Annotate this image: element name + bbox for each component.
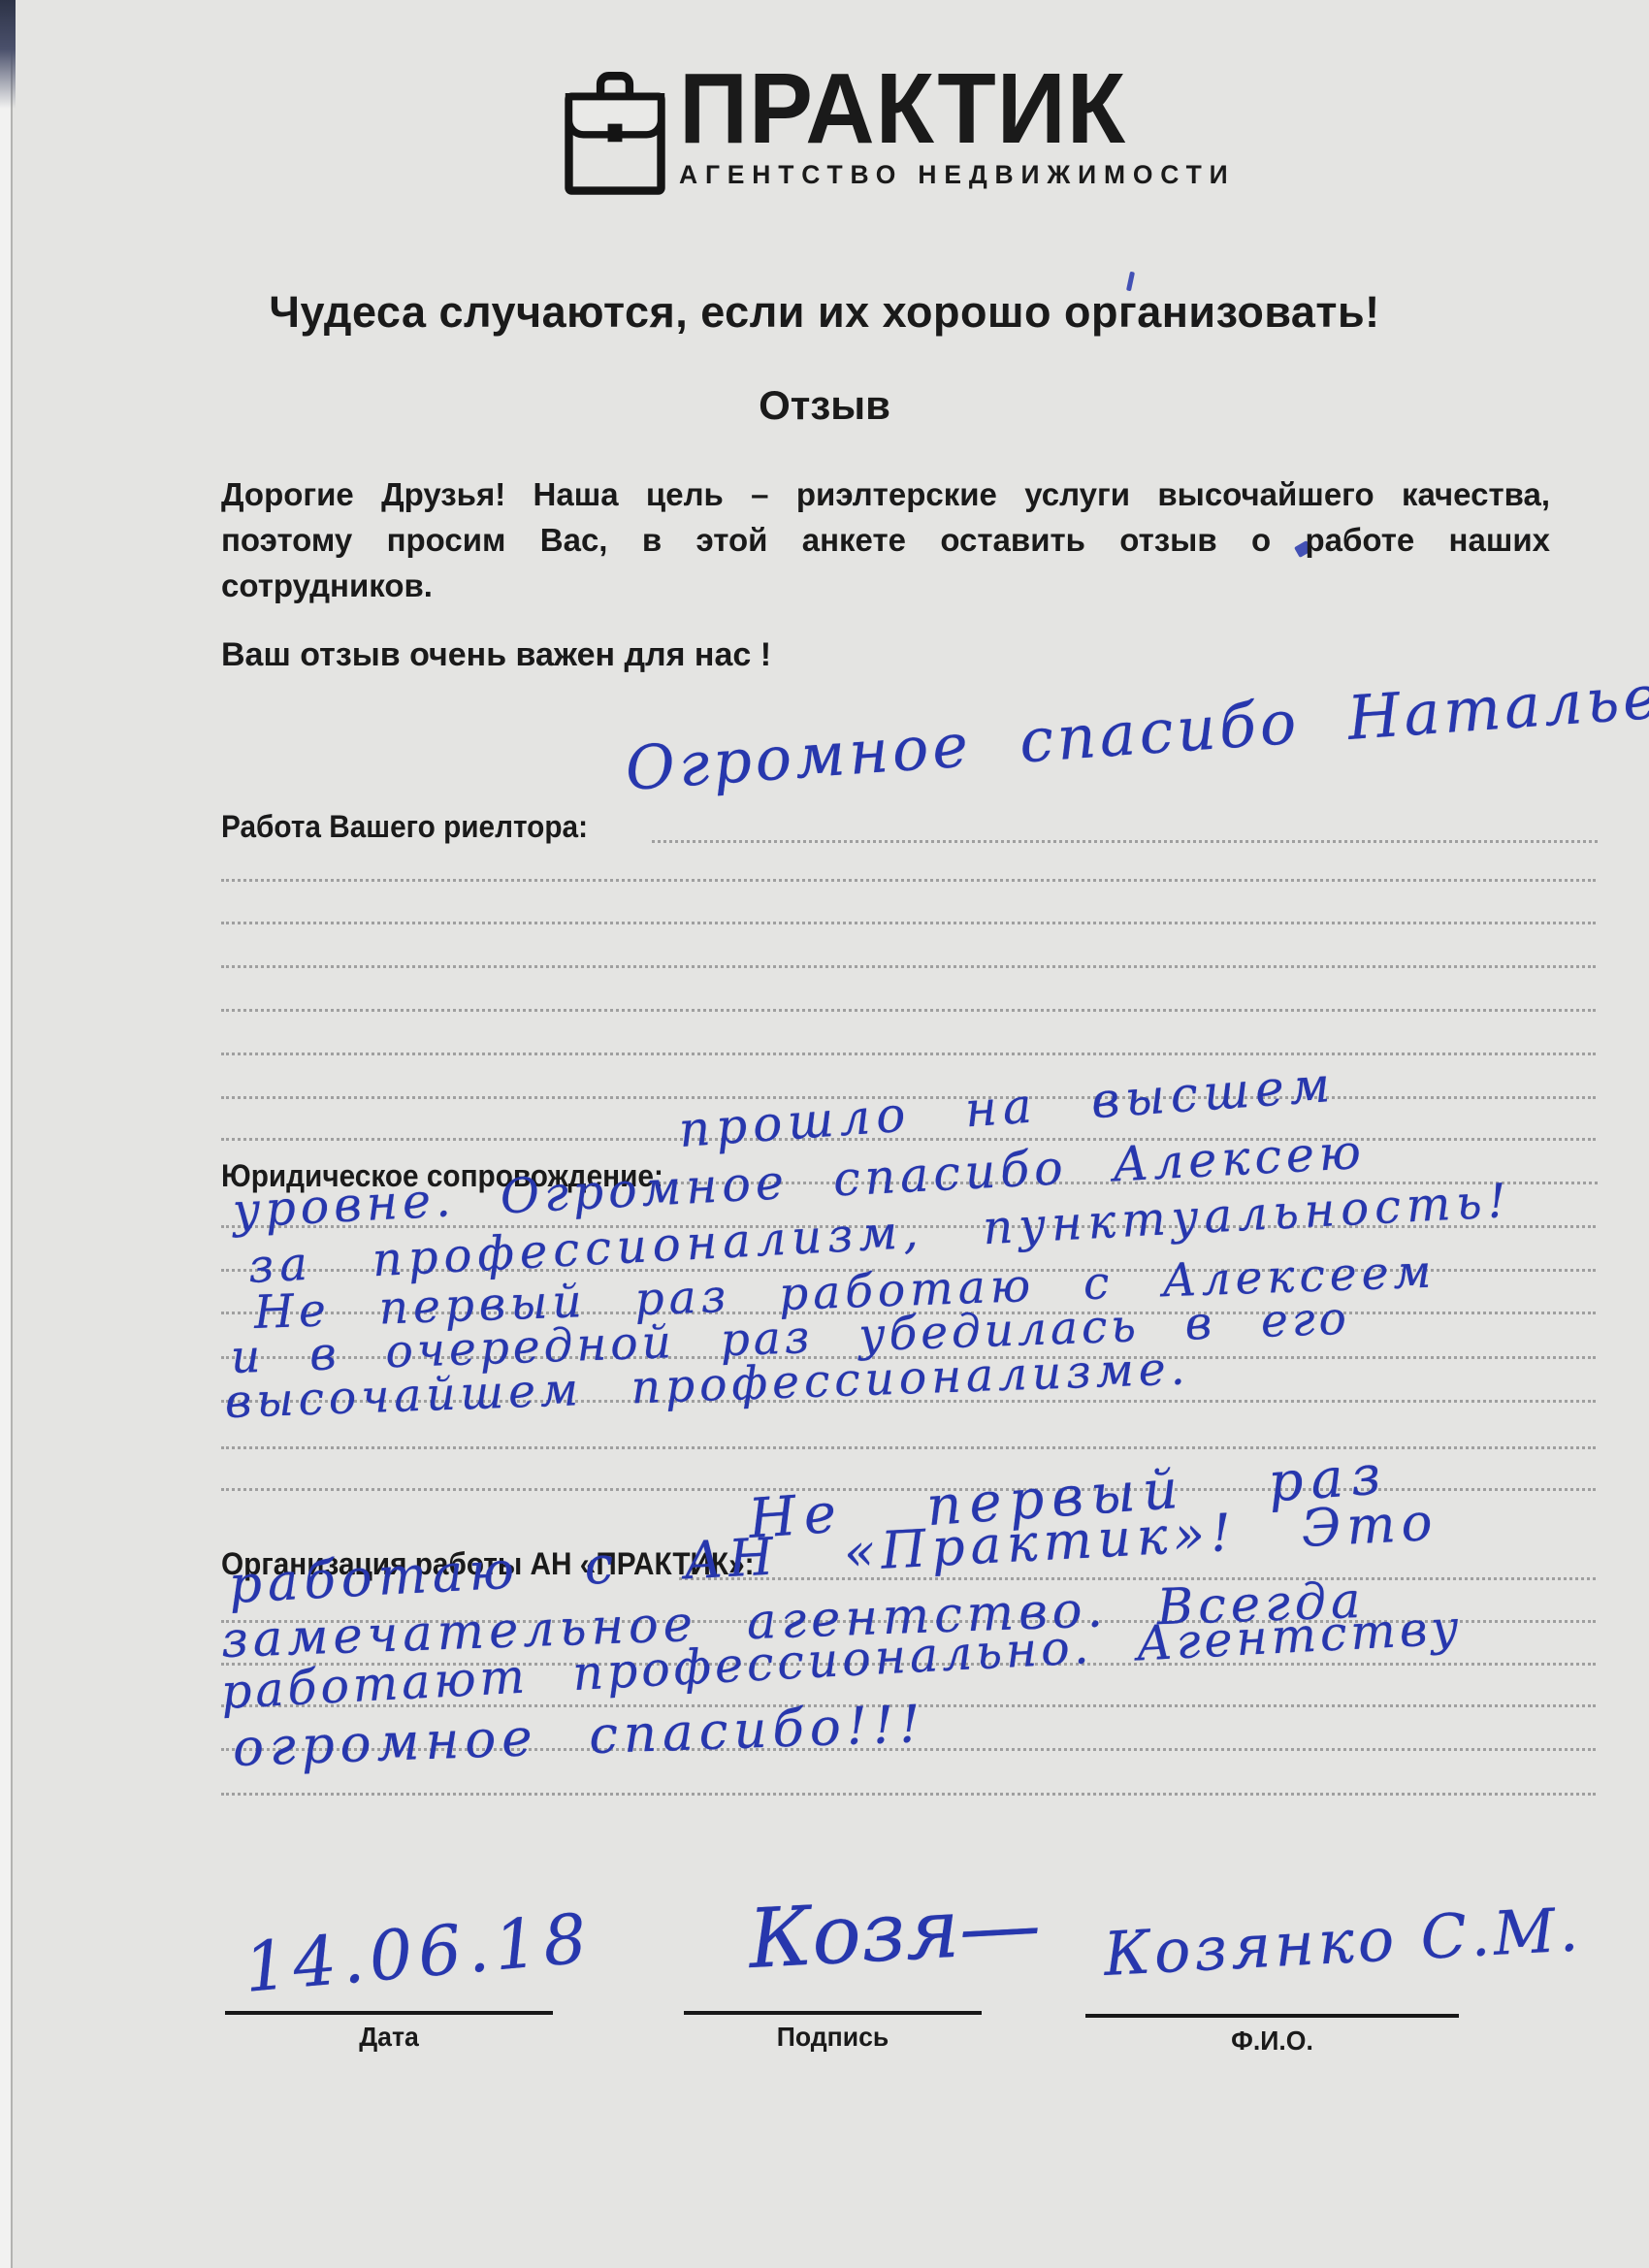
dotted-line (221, 1446, 1596, 1449)
date-label: Дата (233, 2022, 544, 2053)
signature-label: Подпись (692, 2022, 975, 2053)
dotted-line (221, 1793, 1596, 1796)
scan-corner-mark (0, 0, 16, 109)
name-underline (1085, 2014, 1459, 2018)
handwriting-line: Огромное спасибо Наталье!!! (623, 655, 1649, 804)
intro-paragraph: Дорогие Друзья! Наша цель – риэлтерские … (221, 471, 1550, 608)
dotted-line (221, 879, 1596, 882)
name-label: Ф.И.О. (1095, 2025, 1450, 2057)
headline: Чудеса случаются, если их хорошо организ… (0, 287, 1649, 338)
brand-subtitle: АГЕНТСТВО НЕДВИЖИМОСТИ (679, 160, 1235, 190)
dotted-line (221, 922, 1596, 924)
intro-line: поэтому просим Вас, в этой анкете остави… (221, 517, 1550, 563)
handwritten-signature: Козя— (746, 1876, 1043, 1987)
briefcase-icon (561, 66, 669, 198)
dotted-line (652, 840, 1598, 843)
section-realtor-label: Работа Вашего риелтора: (221, 809, 588, 845)
note-line: Ваш отзыв очень важен для нас ! (221, 636, 771, 674)
dotted-line (221, 1009, 1596, 1012)
dotted-line (221, 965, 1596, 968)
brand-name: ПРАКТИК (679, 58, 1224, 158)
dotted-line (221, 1053, 1596, 1055)
agency-logo: ПРАКТИК АГЕНТСТВО НЕДВИЖИМОСТИ (561, 58, 1201, 198)
signature-underline (684, 2011, 982, 2015)
intro-line: сотрудников. (221, 563, 1550, 608)
handwritten-date: 14.06.18 (241, 1898, 595, 2008)
scan-edge-line (11, 0, 13, 2268)
handwritten-name: Козянко С.М. (1102, 1894, 1584, 1990)
intro-line: Дорогие Друзья! Наша цель – риэлтерские … (221, 471, 1550, 517)
form-title: Отзыв (0, 382, 1649, 429)
scanned-feedback-form: ПРАКТИК АГЕНТСТВО НЕДВИЖИМОСТИ Чудеса сл… (0, 0, 1649, 2268)
date-underline (225, 2011, 553, 2015)
